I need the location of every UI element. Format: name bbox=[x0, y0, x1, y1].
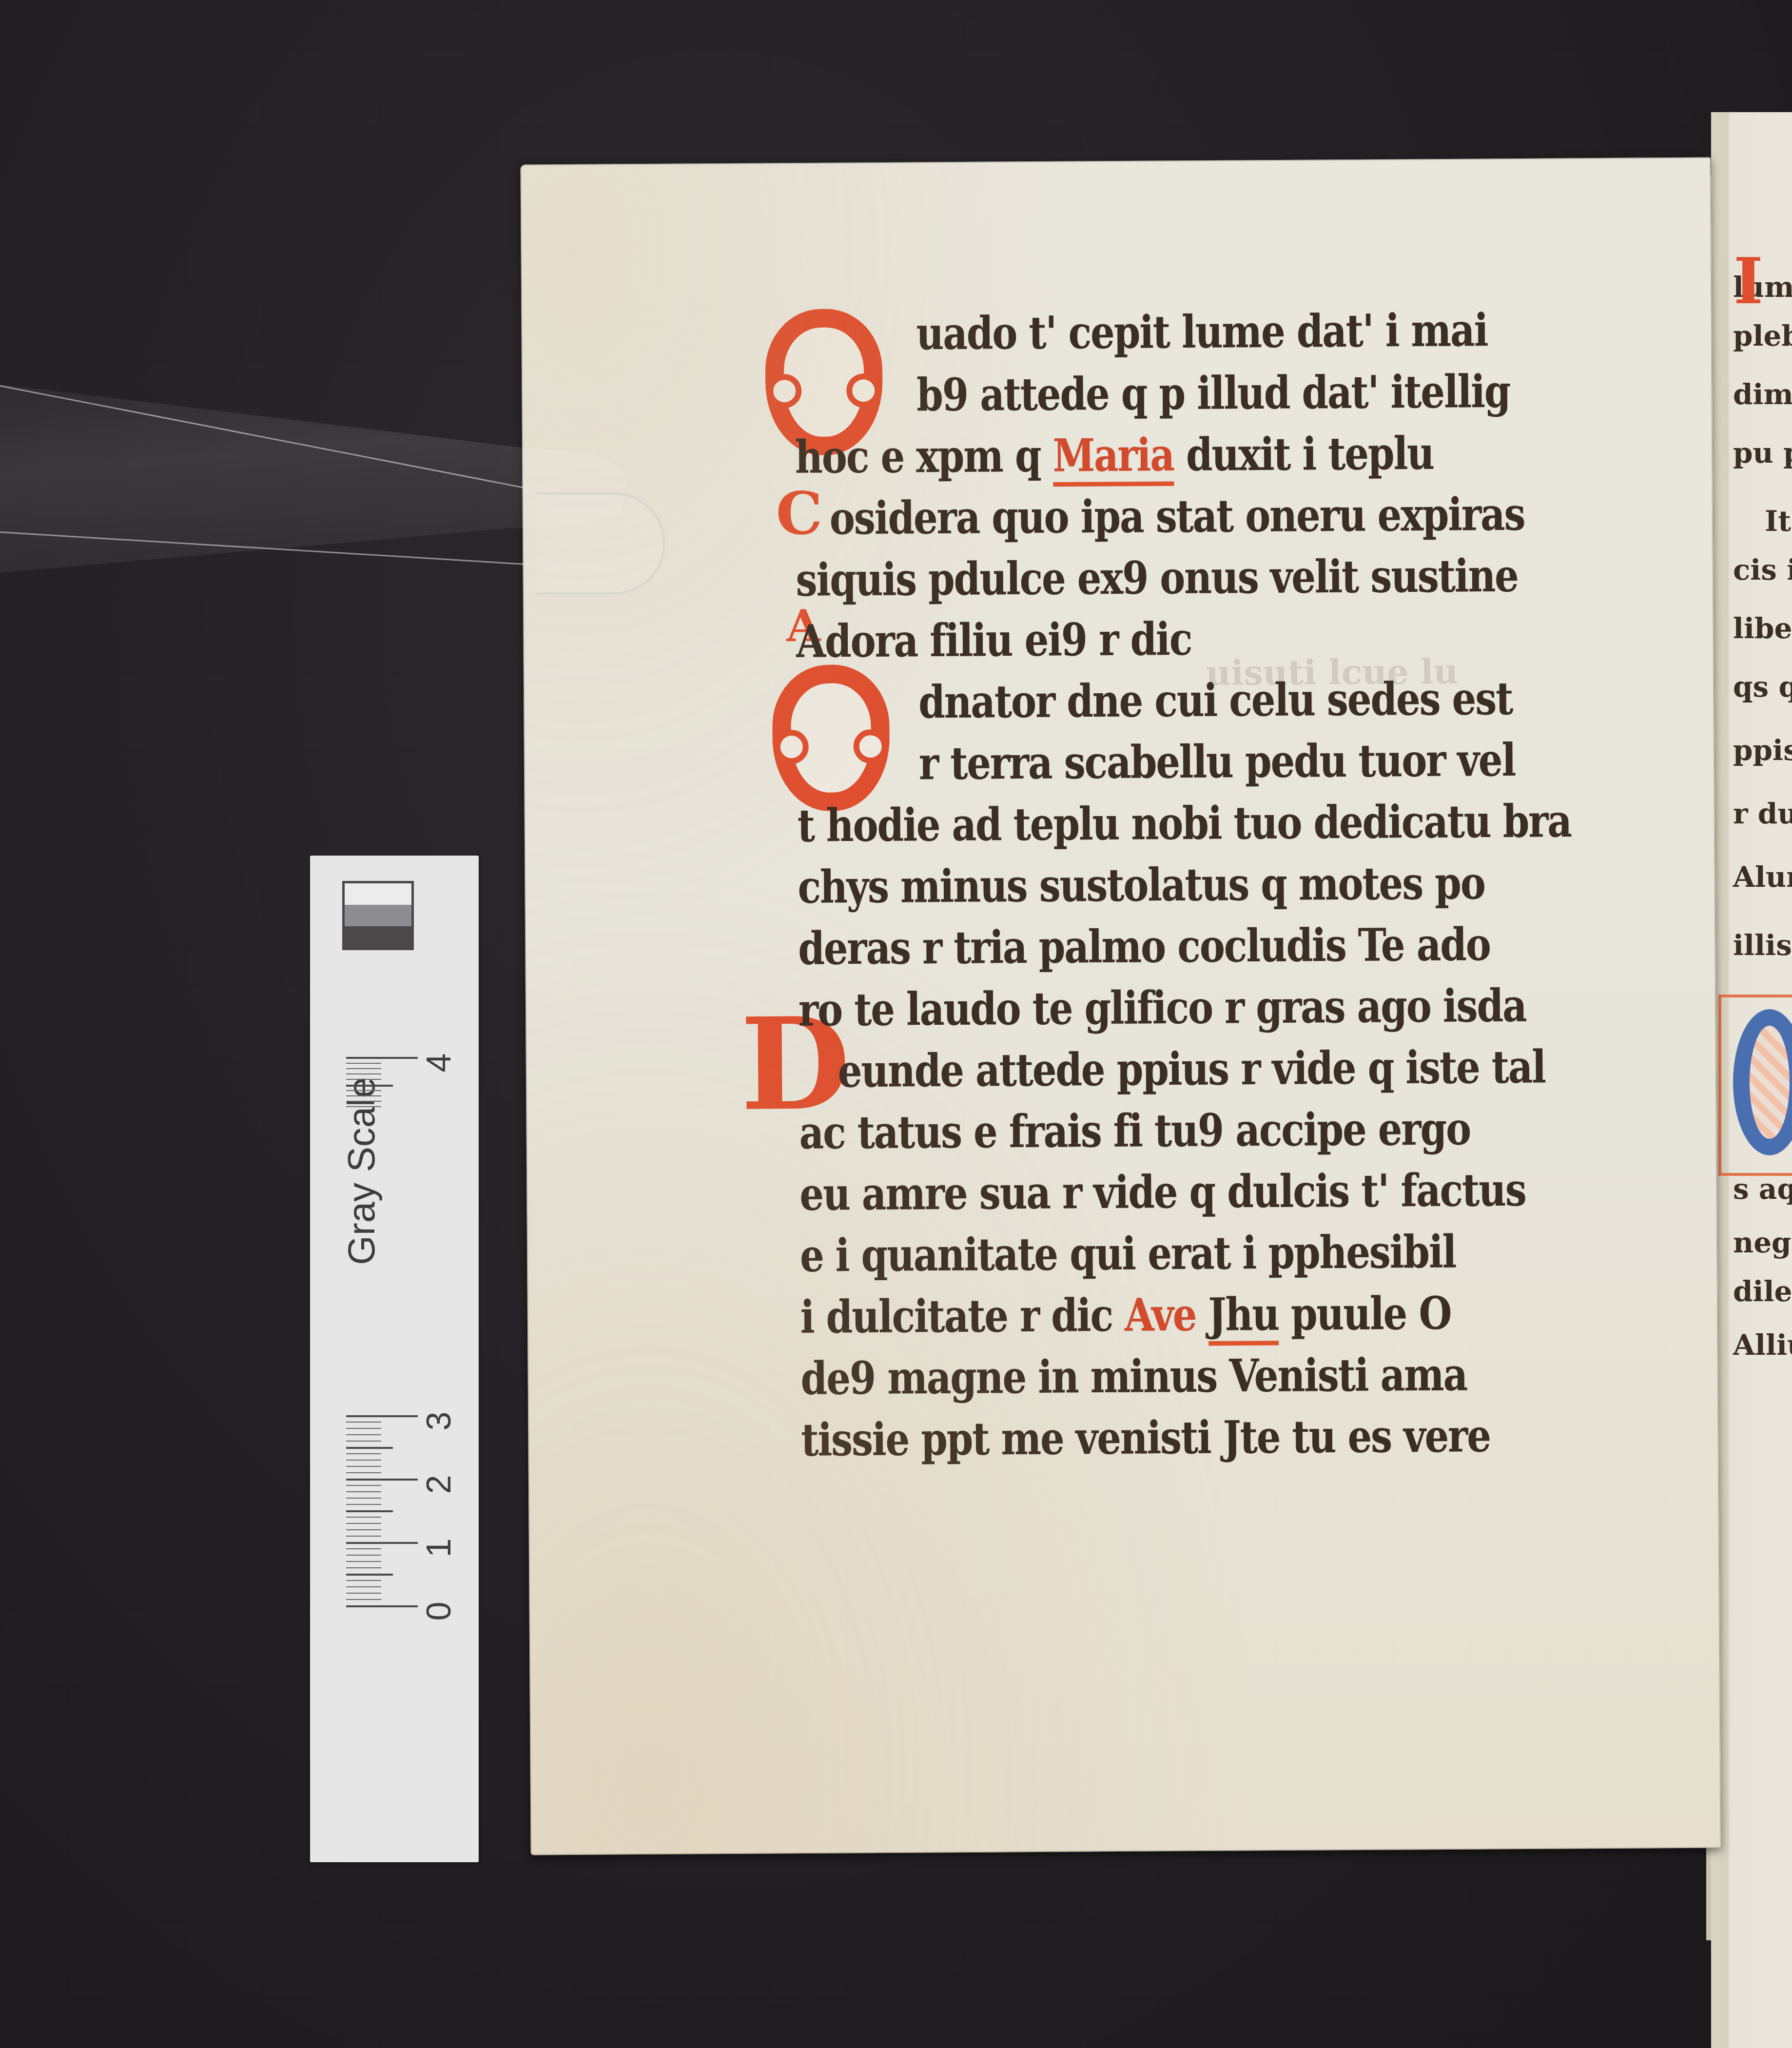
text-fragment: duxit i teplu bbox=[1174, 428, 1434, 482]
ruler-tick-half bbox=[346, 1085, 393, 1087]
swatch-dark-gray bbox=[345, 926, 411, 948]
ruler-number-4: 4 bbox=[419, 1053, 458, 1073]
facing-line: negre bbox=[1733, 1229, 1792, 1257]
rubricated-word-jhu: Jhu bbox=[1208, 1288, 1279, 1346]
ruler-tick bbox=[346, 1453, 381, 1454]
ruler-tick-half bbox=[346, 1447, 393, 1449]
ruler-number-0: 0 bbox=[419, 1602, 458, 1621]
ruler-tick bbox=[346, 1593, 381, 1594]
ruler-tick bbox=[346, 1090, 381, 1091]
facing-line: Alliu Fil bbox=[1733, 1331, 1792, 1359]
facing-line: plebis bbox=[1733, 322, 1792, 350]
ruler-number-1: 1 bbox=[419, 1539, 458, 1558]
ruler-tick bbox=[346, 1491, 381, 1492]
facing-line: cis i lamb bbox=[1733, 556, 1792, 584]
ruler-tick bbox=[346, 1063, 381, 1064]
ruler-tick bbox=[346, 1101, 381, 1102]
text-block: uado t' cepit lume dat' i mai b9 attede … bbox=[794, 299, 1630, 1471]
ruler-tick bbox=[346, 1466, 381, 1467]
ruler-number-2: 2 bbox=[419, 1475, 458, 1494]
ruler-tick bbox=[346, 1555, 381, 1556]
ruler-tick bbox=[346, 1517, 381, 1518]
manuscript-folio: uisuti lcue lu D C A uado t' cepit lume … bbox=[520, 157, 1721, 1855]
gray-scale-card: Gray Scale 4 3 2 1 0 bbox=[310, 856, 479, 1862]
rubricated-word-maria: Maria bbox=[1052, 429, 1174, 487]
ruler-tick bbox=[346, 1460, 381, 1461]
facing-red-initial-i: I bbox=[1734, 244, 1763, 318]
ruler-tick-3 bbox=[346, 1415, 418, 1417]
ruler-tick bbox=[346, 1073, 381, 1074]
ruler-tick bbox=[346, 1441, 381, 1442]
text-fragment: hoc e xpm q bbox=[795, 430, 1053, 484]
ruler-tick bbox=[346, 1498, 381, 1499]
ruler-tick bbox=[346, 1068, 381, 1069]
ruler-tick bbox=[346, 1485, 381, 1486]
ruler-tick bbox=[346, 1079, 381, 1080]
ruler-tick-4 bbox=[346, 1057, 418, 1059]
swatch-mid-gray bbox=[345, 905, 411, 926]
ruler-tick-1 bbox=[346, 1542, 418, 1544]
ruler-tick bbox=[346, 1428, 381, 1429]
page-weight-tip bbox=[536, 492, 665, 595]
facing-line: dilectab bbox=[1733, 1277, 1792, 1306]
rubricated-word-ave: Ave bbox=[1125, 1289, 1196, 1342]
facing-line: libera bbox=[1733, 614, 1792, 643]
ruler-tick bbox=[346, 1599, 381, 1600]
facing-line: s aq ora bbox=[1733, 1175, 1792, 1203]
ruler-tick bbox=[346, 1095, 381, 1096]
ruler-tick bbox=[346, 1586, 381, 1587]
ruler-tick bbox=[346, 1523, 381, 1524]
gray-scale-label: Gray Scale bbox=[339, 1077, 384, 1265]
ruler-tick bbox=[346, 1548, 381, 1549]
facing-line: illis bbox=[1733, 931, 1792, 959]
ruler-tick-0 bbox=[346, 1605, 418, 1607]
ruler-tick-2 bbox=[346, 1479, 418, 1481]
ruler-tick-half bbox=[346, 1574, 393, 1576]
ruler-tick bbox=[346, 1472, 381, 1473]
facing-line: Iterm bbox=[1765, 507, 1792, 535]
ruler-tick bbox=[346, 1504, 381, 1505]
ruler-tick bbox=[346, 1434, 381, 1435]
facing-line: dimis bbox=[1733, 380, 1792, 409]
facing-line: Alum bbox=[1733, 863, 1792, 891]
ruler-tick bbox=[346, 1536, 381, 1537]
ruler-tick-half bbox=[346, 1510, 393, 1512]
text-fragment bbox=[1196, 1289, 1208, 1342]
facing-line: r dub bbox=[1733, 800, 1792, 828]
ruler-tick bbox=[346, 1106, 381, 1107]
ruler-tick bbox=[346, 1567, 381, 1568]
ruler-number-3: 3 bbox=[419, 1412, 458, 1431]
ruler-tick bbox=[346, 1422, 381, 1423]
facing-line: ppis bbox=[1733, 736, 1792, 764]
ruler-tick bbox=[346, 1529, 381, 1530]
ruler-tick bbox=[346, 1580, 381, 1581]
gray-swatches bbox=[342, 881, 414, 950]
text-fragment: i dulcitate r dic bbox=[800, 1289, 1125, 1344]
text-fragment: puule O bbox=[1279, 1287, 1451, 1341]
facing-line: pu pera bbox=[1733, 439, 1792, 467]
text-line: tissie ppt me venisti Jte tu es vere bbox=[801, 1399, 1630, 1477]
ruler-tick bbox=[346, 1561, 381, 1562]
facing-line: qs q bbox=[1733, 673, 1792, 701]
swatch-white bbox=[345, 883, 411, 905]
